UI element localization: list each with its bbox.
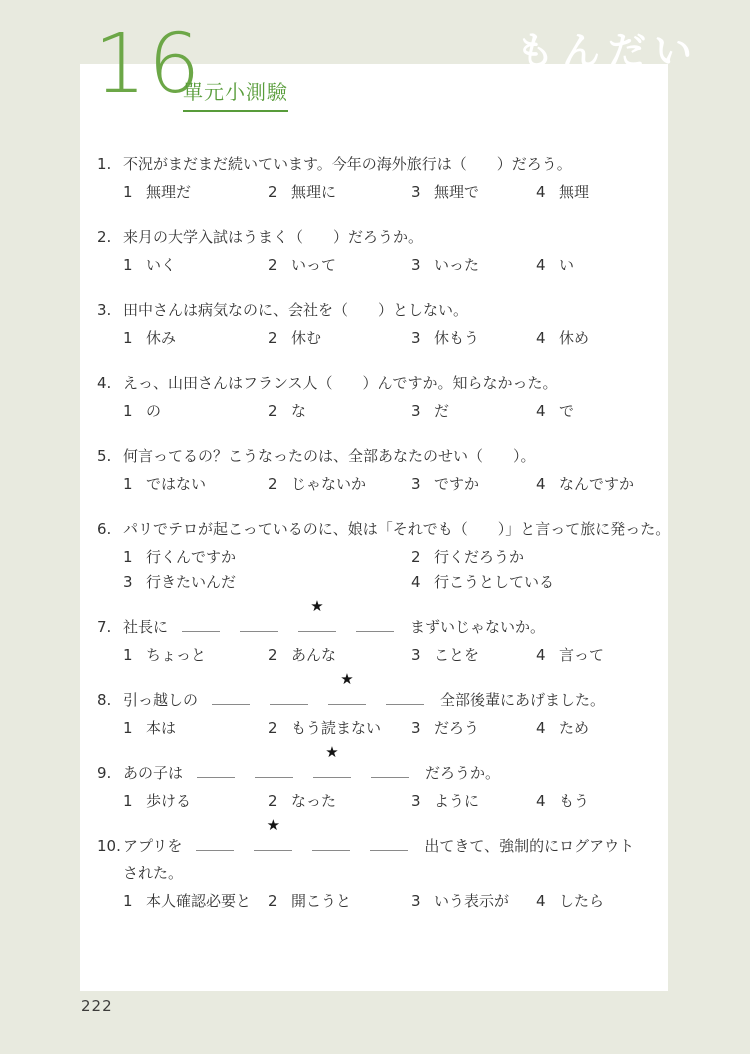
option-label: 歩ける bbox=[146, 792, 191, 810]
option-label: 休む bbox=[291, 329, 321, 347]
option-3: 3無理で bbox=[411, 181, 536, 203]
option-label: なんですか bbox=[559, 475, 634, 493]
question-stem-row: 8.引っ越しの★全部後輩にあげました。 bbox=[97, 689, 655, 711]
option-number: 2 bbox=[268, 400, 278, 422]
option-2: 2休む bbox=[268, 327, 411, 349]
option-1: 1の bbox=[123, 400, 268, 422]
question-number: 6. bbox=[97, 518, 123, 540]
option-number: 4 bbox=[536, 181, 546, 203]
star-icon: ★ bbox=[310, 599, 323, 614]
question-stem-row: 7.社長に★まずいじゃないか。 bbox=[97, 616, 655, 638]
option-label: したら bbox=[559, 892, 604, 910]
option-label: 開こうと bbox=[291, 892, 351, 910]
option-number: 3 bbox=[411, 400, 421, 422]
option-2: 2開こうと bbox=[268, 890, 411, 912]
question-lead: 社長に bbox=[123, 618, 168, 636]
textbook-page: もんだい 16 單元小測驗 1.不況がまだまだ続いています。今年の海外旅行は（ … bbox=[0, 0, 750, 1054]
blank-slot-3-starred: ★ bbox=[298, 618, 336, 632]
option-label: ため bbox=[559, 719, 589, 737]
option-2: 2じゃないか bbox=[268, 473, 411, 495]
option-label: いう表示が bbox=[434, 892, 509, 910]
option-number: 2 bbox=[268, 717, 278, 739]
option-number: 3 bbox=[411, 327, 421, 349]
blank-slot-1 bbox=[197, 764, 235, 778]
option-number: 4 bbox=[536, 400, 546, 422]
option-label: 休み bbox=[146, 329, 176, 347]
option-label: ように bbox=[434, 792, 479, 810]
option-1: 1無理だ bbox=[123, 181, 268, 203]
option-2: 2いって bbox=[268, 254, 411, 276]
question-3: 3.田中さんは病気なのに、会社を（ ）としない。 1休み 2休む 3休もう 4休… bbox=[97, 299, 655, 349]
options-grid: 1行くんですか 2行くだろうか 3行きたいんだ 4行こうとしている bbox=[123, 546, 655, 593]
options-row: 1いく 2いって 3いった 4い bbox=[123, 254, 655, 276]
option-number: 2 bbox=[268, 790, 278, 812]
question-number: 2. bbox=[97, 226, 123, 248]
question-stem: 何言ってるの？こうなったのは、全部あなたのせい（ ）。 bbox=[123, 447, 536, 465]
question-stem: 不況がまだまだ続いています。今年の海外旅行は（ ）だろう。 bbox=[123, 155, 572, 173]
option-label: いった bbox=[434, 256, 479, 274]
option-number: 1 bbox=[123, 546, 133, 568]
question-lead: 引っ越しの bbox=[123, 691, 198, 709]
question-8: 8.引っ越しの★全部後輩にあげました。 1本は 2もう読まない 3だろう 4ため bbox=[97, 689, 655, 739]
question-tail: 出てきて、強制的にログアウト bbox=[424, 837, 634, 855]
option-number: 2 bbox=[268, 327, 278, 349]
option-1: 1本人確認必要と bbox=[123, 890, 268, 912]
option-number: 2 bbox=[268, 254, 278, 276]
blank-slot-2-starred: ★ bbox=[254, 837, 292, 851]
option-label: 本は bbox=[146, 719, 176, 737]
option-label: あんな bbox=[291, 646, 336, 664]
option-4: 4ため bbox=[536, 717, 655, 739]
option-number: 3 bbox=[411, 644, 421, 666]
option-1: 1本は bbox=[123, 717, 268, 739]
option-4: 4行こうとしている bbox=[411, 571, 655, 593]
option-label: 行くだろうか bbox=[434, 548, 524, 566]
option-label: もう読まない bbox=[291, 719, 381, 737]
question-stem: パリでテロが起こっているのに、娘は「それでも（ ）」と言って旅に発った。 bbox=[123, 520, 670, 538]
option-label: 無理だ bbox=[146, 183, 191, 201]
option-3: 3休もう bbox=[411, 327, 536, 349]
option-1: 1歩ける bbox=[123, 790, 268, 812]
option-number: 4 bbox=[536, 890, 546, 912]
option-3: 3だろう bbox=[411, 717, 536, 739]
option-1: 1ちょっと bbox=[123, 644, 268, 666]
option-4: 4休め bbox=[536, 327, 655, 349]
blank-slot-1 bbox=[212, 691, 250, 705]
option-4: 4無理 bbox=[536, 181, 655, 203]
blank-slot-4 bbox=[386, 691, 424, 705]
option-number: 2 bbox=[268, 473, 278, 495]
question-tail: だろうか。 bbox=[425, 764, 500, 782]
question-number: 5. bbox=[97, 445, 123, 467]
option-label: 行きたいんだ bbox=[146, 573, 236, 591]
question-stem-continuation: された。 bbox=[97, 862, 655, 884]
options-row: 1本人確認必要と 2開こうと 3いう表示が 4したら bbox=[123, 890, 655, 912]
question-tail-2: された。 bbox=[123, 864, 183, 882]
content-card: 16 單元小測驗 1.不況がまだまだ続いています。今年の海外旅行は（ ）だろう。… bbox=[80, 64, 668, 991]
question-5: 5.何言ってるの？こうなったのは、全部あなたのせい（ ）。 1ではない 2じゃな… bbox=[97, 445, 655, 495]
option-number: 3 bbox=[411, 890, 421, 912]
option-label: 無理 bbox=[559, 183, 589, 201]
option-label: の bbox=[146, 402, 161, 420]
question-stem-row: 3.田中さんは病気なのに、会社を（ ）としない。 bbox=[97, 299, 655, 321]
option-3: 3だ bbox=[411, 400, 536, 422]
option-number: 3 bbox=[411, 790, 421, 812]
option-label: 言って bbox=[559, 646, 604, 664]
option-label: 休め bbox=[559, 329, 589, 347]
option-number: 3 bbox=[411, 473, 421, 495]
question-number: 9. bbox=[97, 762, 123, 784]
option-4: 4い bbox=[536, 254, 655, 276]
options-row: 1ちょっと 2あんな 3ことを 4言って bbox=[123, 644, 655, 666]
option-label: い bbox=[559, 256, 574, 274]
question-stem-row: 1.不況がまだまだ続いています。今年の海外旅行は（ ）だろう。 bbox=[97, 153, 655, 175]
question-stem-row: 4.えっ、山田さんはフランス人（ ）んですか。知らなかった。 bbox=[97, 372, 655, 394]
option-number: 4 bbox=[536, 254, 546, 276]
option-number: 4 bbox=[536, 790, 546, 812]
option-label: 無理に bbox=[291, 183, 336, 201]
options-row: 1の 2な 3だ 4で bbox=[123, 400, 655, 422]
option-2: 2もう読まない bbox=[268, 717, 411, 739]
option-label: 休もう bbox=[434, 329, 479, 347]
option-label: もう bbox=[559, 792, 589, 810]
blank-slot-1 bbox=[196, 837, 234, 851]
question-stem-row: 10.アプリを★出てきて、強制的にログアウト bbox=[97, 835, 655, 857]
option-1: 1行くんですか bbox=[123, 546, 411, 568]
question-number: 8. bbox=[97, 689, 123, 711]
question-9: 9.あの子は★だろうか。 1歩ける 2なった 3ように 4もう bbox=[97, 762, 655, 812]
option-number: 3 bbox=[123, 571, 133, 593]
option-number: 2 bbox=[411, 546, 421, 568]
blank-slot-2 bbox=[270, 691, 308, 705]
question-number: 7. bbox=[97, 616, 123, 638]
star-icon: ★ bbox=[340, 672, 353, 687]
options-row: 1ではない 2じゃないか 3ですか 4なんですか bbox=[123, 473, 655, 495]
option-1: 1ではない bbox=[123, 473, 268, 495]
question-stem-row: 6.パリでテロが起こっているのに、娘は「それでも（ ）」と言って旅に発った。 bbox=[97, 518, 655, 540]
option-label: ちょっと bbox=[146, 646, 206, 664]
options-row: 1休み 2休む 3休もう 4休め bbox=[123, 327, 655, 349]
option-3: 3ですか bbox=[411, 473, 536, 495]
blank-slot-3-starred: ★ bbox=[313, 764, 351, 778]
page-number: 222 bbox=[81, 997, 113, 1015]
option-3: 3ように bbox=[411, 790, 536, 812]
option-label: いく bbox=[146, 256, 176, 274]
blank-slot-4 bbox=[370, 837, 408, 851]
option-4: 4なんですか bbox=[536, 473, 655, 495]
option-label: ではない bbox=[146, 475, 206, 493]
question-7: 7.社長に★まずいじゃないか。 1ちょっと 2あんな 3ことを 4言って bbox=[97, 616, 655, 666]
option-number: 1 bbox=[123, 890, 133, 912]
question-number: 3. bbox=[97, 299, 123, 321]
option-3: 3行きたいんだ bbox=[123, 571, 411, 593]
blank-slot-3-starred: ★ bbox=[328, 691, 366, 705]
option-number: 4 bbox=[411, 571, 421, 593]
option-4: 4で bbox=[536, 400, 655, 422]
watermark-mondai: もんだい bbox=[516, 20, 700, 75]
option-label: 無理で bbox=[434, 183, 479, 201]
question-number: 10. bbox=[97, 835, 123, 857]
option-number: 1 bbox=[123, 400, 133, 422]
option-label: で bbox=[559, 402, 574, 420]
star-icon: ★ bbox=[325, 745, 338, 760]
question-number: 4. bbox=[97, 372, 123, 394]
option-2: 2なった bbox=[268, 790, 411, 812]
question-list: 1.不況がまだまだ続いています。今年の海外旅行は（ ）だろう。 1無理だ 2無理… bbox=[97, 153, 655, 935]
option-label: な bbox=[291, 402, 306, 420]
question-stem: 来月の大学入試はうまく（ ）だろうか。 bbox=[123, 228, 423, 246]
option-number: 3 bbox=[411, 254, 421, 276]
option-4: 4もう bbox=[536, 790, 655, 812]
option-label: 行くんですか bbox=[146, 548, 236, 566]
blank-slot-2 bbox=[240, 618, 278, 632]
option-label: ですか bbox=[434, 475, 479, 493]
option-3: 3いう表示が bbox=[411, 890, 536, 912]
question-lead: あの子は bbox=[123, 764, 183, 782]
option-number: 1 bbox=[123, 644, 133, 666]
star-icon: ★ bbox=[267, 818, 280, 833]
question-number: 1. bbox=[97, 153, 123, 175]
question-tail: まずいじゃないか。 bbox=[410, 618, 545, 636]
option-number: 4 bbox=[536, 644, 546, 666]
option-number: 1 bbox=[123, 254, 133, 276]
option-label: いって bbox=[291, 256, 336, 274]
option-2: 2無理に bbox=[268, 181, 411, 203]
blank-slot-3 bbox=[312, 837, 350, 851]
option-number: 1 bbox=[123, 327, 133, 349]
option-1: 1いく bbox=[123, 254, 268, 276]
option-number: 1 bbox=[123, 181, 133, 203]
question-stem: えっ、山田さんはフランス人（ ）んですか。知らなかった。 bbox=[123, 374, 558, 392]
option-number: 2 bbox=[268, 890, 278, 912]
question-6: 6.パリでテロが起こっているのに、娘は「それでも（ ）」と言って旅に発った。 1… bbox=[97, 518, 655, 593]
option-2: 2あんな bbox=[268, 644, 411, 666]
question-lead: アプリを bbox=[123, 837, 182, 855]
option-label: だろう bbox=[434, 719, 479, 737]
option-number: 1 bbox=[123, 717, 133, 739]
quiz-title: 單元小測驗 bbox=[183, 76, 288, 112]
blank-slot-4 bbox=[371, 764, 409, 778]
options-row: 1本は 2もう読まない 3だろう 4ため bbox=[123, 717, 655, 739]
option-label: だ bbox=[434, 402, 449, 420]
question-4: 4.えっ、山田さんはフランス人（ ）んですか。知らなかった。 1の 2な 3だ … bbox=[97, 372, 655, 422]
option-number: 3 bbox=[411, 717, 421, 739]
question-stem-row: 9.あの子は★だろうか。 bbox=[97, 762, 655, 784]
question-stem: 田中さんは病気なのに、会社を（ ）としない。 bbox=[123, 301, 468, 319]
options-row: 1無理だ 2無理に 3無理で 4無理 bbox=[123, 181, 655, 203]
option-number: 2 bbox=[268, 644, 278, 666]
option-number: 1 bbox=[123, 473, 133, 495]
question-2: 2.来月の大学入試はうまく（ ）だろうか。 1いく 2いって 3いった 4い bbox=[97, 226, 655, 276]
question-stem-row: 2.来月の大学入試はうまく（ ）だろうか。 bbox=[97, 226, 655, 248]
blank-slot-2 bbox=[255, 764, 293, 778]
option-label: 行こうとしている bbox=[434, 573, 554, 591]
option-3: 3いった bbox=[411, 254, 536, 276]
option-number: 4 bbox=[536, 717, 546, 739]
question-stem-row: 5.何言ってるの？こうなったのは、全部あなたのせい（ ）。 bbox=[97, 445, 655, 467]
option-label: ことを bbox=[434, 646, 479, 664]
question-1: 1.不況がまだまだ続いています。今年の海外旅行は（ ）だろう。 1無理だ 2無理… bbox=[97, 153, 655, 203]
options-row: 1歩ける 2なった 3ように 4もう bbox=[123, 790, 655, 812]
option-number: 4 bbox=[536, 327, 546, 349]
option-4: 4言って bbox=[536, 644, 655, 666]
option-3: 3ことを bbox=[411, 644, 536, 666]
option-number: 3 bbox=[411, 181, 421, 203]
option-number: 2 bbox=[268, 181, 278, 203]
option-2: 2行くだろうか bbox=[411, 546, 655, 568]
question-10: 10.アプリを★出てきて、強制的にログアウト された。 1本人確認必要と 2開こ… bbox=[97, 835, 655, 912]
blank-slot-1 bbox=[182, 618, 220, 632]
option-4: 4したら bbox=[536, 890, 655, 912]
option-2: 2な bbox=[268, 400, 411, 422]
option-1: 1休み bbox=[123, 327, 268, 349]
question-tail: 全部後輩にあげました。 bbox=[440, 691, 605, 709]
option-label: 本人確認必要と bbox=[146, 892, 251, 910]
blank-slot-4 bbox=[356, 618, 394, 632]
option-label: じゃないか bbox=[291, 475, 366, 493]
option-number: 4 bbox=[536, 473, 546, 495]
option-number: 1 bbox=[123, 790, 133, 812]
option-label: なった bbox=[291, 792, 336, 810]
